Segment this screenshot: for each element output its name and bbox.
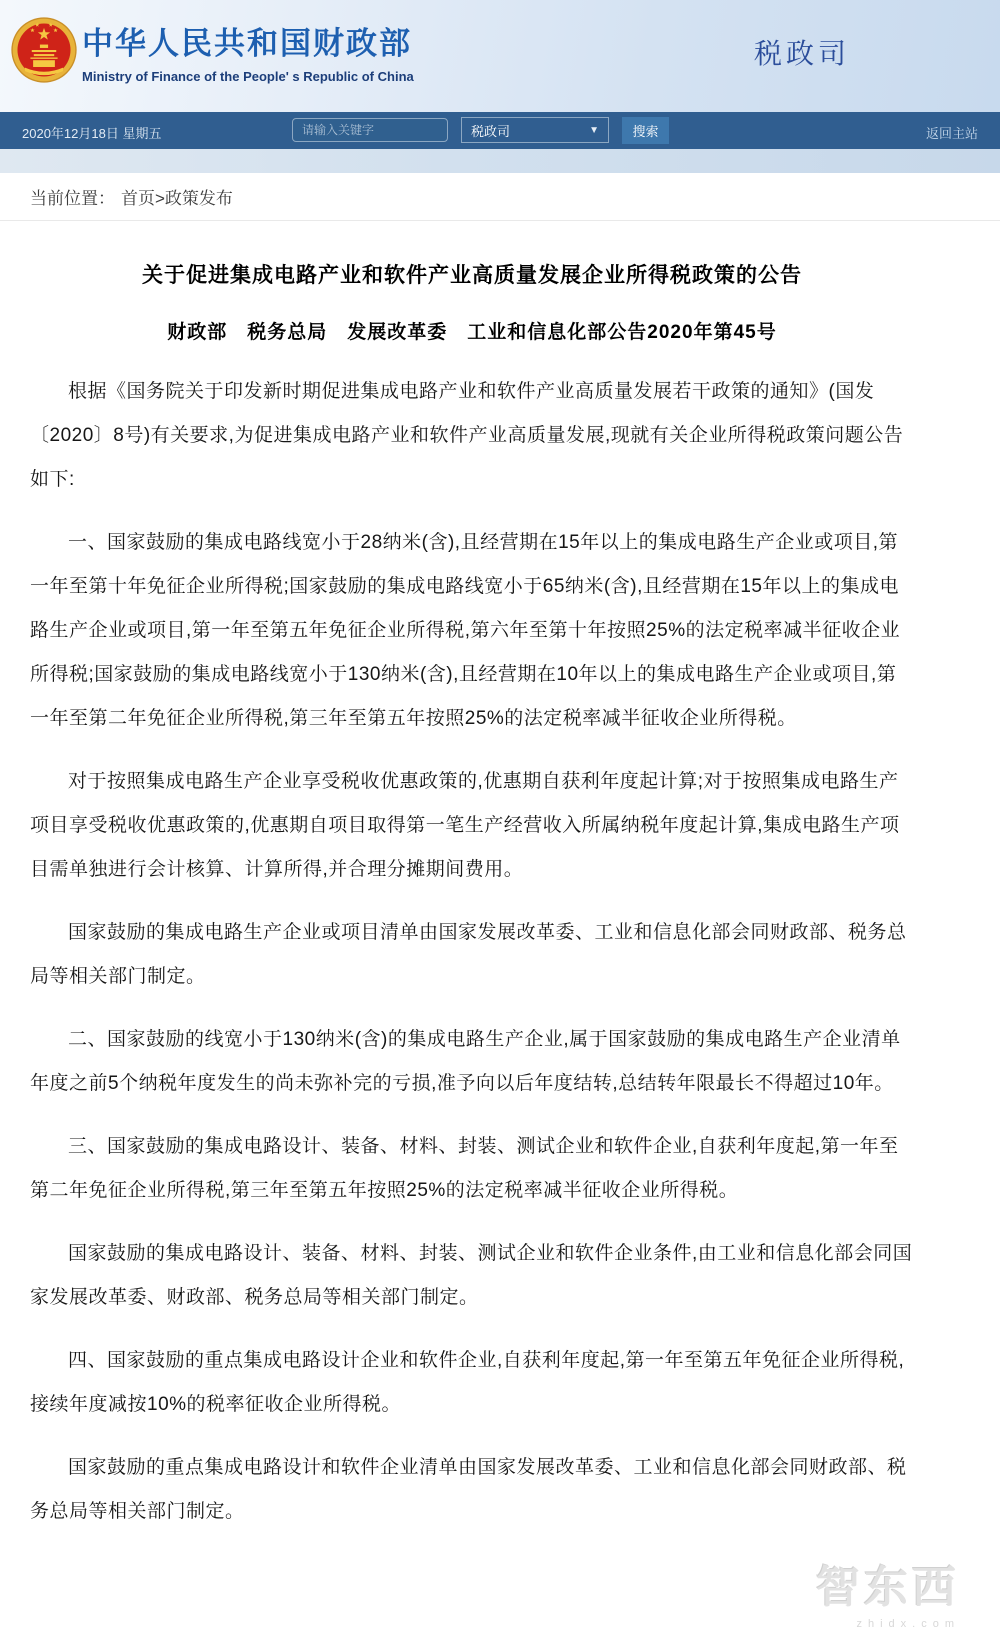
search-button[interactable]: 搜索 [622,117,669,144]
site-title-cn: 中华人民共和国财政部 [82,18,414,63]
watermark-domain: zhidx.com [816,1618,960,1630]
search-input[interactable] [292,118,448,142]
breadcrumb-label: 当前位置： [30,184,115,209]
back-to-main-site-link[interactable]: 返回主站 [926,123,978,142]
article-body: 根据《国务院关于印发新时期促进集成电路产业和软件产业高质量发展若干政策的通知》(… [30,370,914,1534]
search-scope-dropdown[interactable]: 税政司 ▼ [461,117,609,143]
header-sky-strip [0,149,1000,173]
article-paragraph: 国家鼓励的集成电路设计、装备、材料、封装、测试企业和软件企业条件,由工业和信息化… [30,1232,914,1320]
article-paragraph: 三、国家鼓励的集成电路设计、装备、材料、封装、测试企业和软件企业,自获利年度起,… [30,1125,914,1213]
site-titles: 中华人民共和国财政部 Ministry of Finance of the Pe… [82,18,414,84]
nav-bar: 2020年12月18日 星期五 税政司 ▼ 搜索 返回主站 [0,112,1000,149]
national-emblem-icon [10,12,78,88]
site-title-en: Ministry of Finance of the People' s Rep… [82,69,414,84]
search-scope-value: 税政司 [471,121,510,140]
current-date: 2020年12月18日 星期五 [22,123,161,142]
chevron-down-icon: ▼ [589,125,599,136]
article-paragraph: 国家鼓励的集成电路生产企业或项目清单由国家发展改革委、工业和信息化部会同财政部、… [30,911,914,999]
article-title: 关于促进集成电路产业和软件产业高质量发展企业所得税政策的公告 [30,259,914,289]
article-paragraph: 一、国家鼓励的集成电路线宽小于28纳米(含),且经营期在15年以上的集成电路生产… [30,521,914,741]
article-paragraph: 国家鼓励的重点集成电路设计和软件企业清单由国家发展改革委、工业和信息化部会同财政… [30,1446,914,1534]
breadcrumb: 当前位置： 首页>政策发布 [0,173,1000,221]
article-paragraph: 四、国家鼓励的重点集成电路设计企业和软件企业,自获利年度起,第一年至第五年免征企… [30,1339,914,1427]
page: 中华人民共和国财政部 Ministry of Finance of the Pe… [0,0,1000,1646]
department-title: 税政司 [754,32,850,72]
article-paragraph: 对于按照集成电路生产企业享受税收优惠政策的,优惠期自获利年度起计算;对于按照集成… [30,760,914,892]
breadcrumb-path[interactable]: 首页>政策发布 [121,184,233,209]
article-paragraph: 二、国家鼓励的线宽小于130纳米(含)的集成电路生产企业,属于国家鼓励的集成电路… [30,1018,914,1106]
article-paragraph: 根据《国务院关于印发新时期促进集成电路产业和软件产业高质量发展若干政策的通知》(… [30,370,914,502]
document-number: 财政部 税务总局 发展改革委 工业和信息化部公告2020年第45号 [30,317,914,344]
article: 关于促进集成电路产业和软件产业高质量发展企业所得税政策的公告 财政部 税务总局 … [0,221,1000,1583]
site-header: 中华人民共和国财政部 Ministry of Finance of the Pe… [0,0,1000,112]
